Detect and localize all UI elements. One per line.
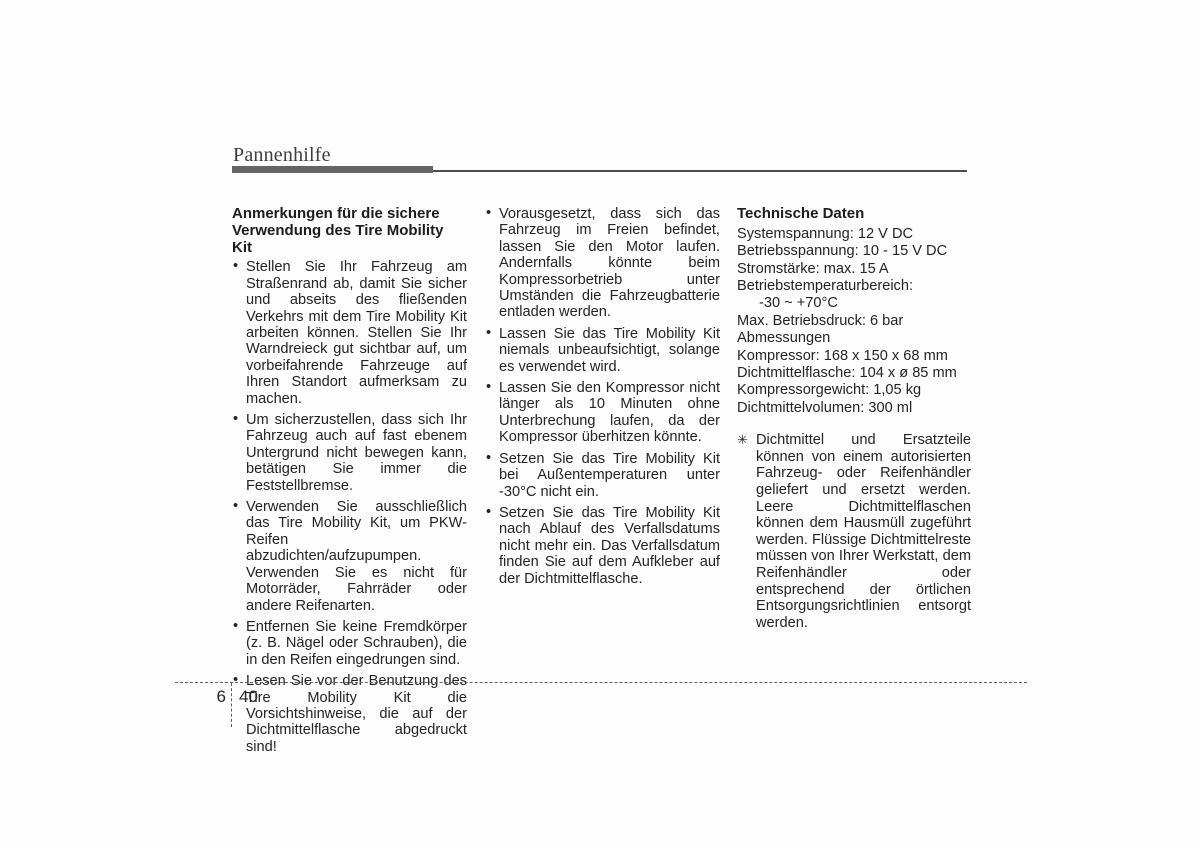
footer-rule [175,682,1027,683]
chapter-number: 6 [198,687,226,707]
list-item: • Lesen Sie vor der Benutzung des Tire M… [232,673,467,755]
note-text: Dichtmittel und Ersatzteile können von e… [756,432,971,631]
bullet-text: Lesen Sie vor der Benutzung des Tire Mob… [246,673,467,755]
section-heading: Technische Daten [737,206,971,223]
section-heading: Anmerkungen für die sichere Verwendung d… [232,206,467,256]
bullet-text: Setzen Sie das Tire Mobility Kit nach Ab… [499,505,720,587]
bullet-text: Entfernen Sie keine Fremdkörper (z. B. N… [246,619,467,668]
spec-line: Kompressorgewicht: 1,05 kg [737,382,971,399]
spec-line: Kompressor: 168 x 150 x 68 mm [737,348,971,365]
bullet-icon: • [486,504,491,520]
list-item: • Vorausgesetzt, dass sich das Fahrzeug … [485,206,720,321]
note-marker-icon: ✳ [737,432,748,449]
spec-line: Dichtmittelvolumen: 300 ml [737,400,971,417]
bullet-icon: • [233,411,238,427]
bullet-text: Vorausgesetzt, dass sich das Fahrzeug im… [499,206,720,320]
spec-line: Dichtmittelflasche: 104 x ø 85 mm [737,365,971,382]
header-rule-thin [433,170,967,172]
list-item: • Verwenden Sie ausschließlich das Tire … [232,499,467,614]
bullet-text: Um sicherzustellen, dass sich Ihr Fahrze… [246,412,467,494]
bullet-icon: • [233,498,238,514]
column-3: Technische Daten Systemspannung: 12 V DC… [737,206,971,631]
spec-line: -30 ~ +70°C [737,295,971,312]
list-item: • Setzen Sie das Tire Mobility Kit bei A… [485,451,720,500]
bullet-icon: • [233,672,238,688]
bullet-text: Lassen Sie das Tire Mobility Kit niemals… [499,326,720,375]
header-rule-thick [232,166,433,173]
column-2: • Vorausgesetzt, dass sich das Fahrzeug … [485,206,720,592]
note: ✳ Dichtmittel und Ersatzteile können von… [737,432,971,631]
list-item: • Lassen Sie den Kompressor nicht länger… [485,380,720,446]
bullet-text: Setzen Sie das Tire Mobility Kit bei Auß… [499,451,720,500]
bullet-text: Stellen Sie Ihr Fahrzeug am Straßenrand … [246,259,467,406]
list-item: • Lassen Sie das Tire Mobility Kit niema… [485,326,720,375]
bullet-icon: • [486,205,491,221]
spec-line: Max. Betriebsdruck: 6 bar [737,313,971,330]
bullet-text: Verwenden Sie ausschließlich das Tire Mo… [246,499,467,613]
list-item: • Setzen Sie das Tire Mobility Kit nach … [485,505,720,587]
bullet-icon: • [486,379,491,395]
footer-divider [231,683,232,727]
bullet-icon: • [233,618,238,634]
bullet-icon: • [233,258,238,274]
spec-line: Betriebsspannung: 10 - 15 V DC [737,243,971,260]
manual-page: Pannenhilfe Anmerkungen für die sichere … [0,0,1200,848]
list-item: • Entfernen Sie keine Fremdkörper (z. B.… [232,619,467,668]
spec-line: Systemspannung: 12 V DC [737,226,971,243]
spec-line: Betriebstemperaturbereich: [737,278,971,295]
list-item: • Stellen Sie Ihr Fahrzeug am Straßenran… [232,259,467,407]
column-1: Anmerkungen für die sichere Verwendung d… [232,206,467,760]
spec-line: Stromstärke: max. 15 A [737,261,971,278]
bullet-text: Lassen Sie den Kompressor nicht länger a… [499,380,720,445]
chapter-title: Pannenhilfe [233,144,331,167]
list-item: • Um sicherzustellen, dass sich Ihr Fahr… [232,412,467,494]
spec-line: Abmessungen [737,330,971,347]
bullet-icon: • [486,325,491,341]
page-number: 40 [239,687,258,707]
bullet-icon: • [486,450,491,466]
